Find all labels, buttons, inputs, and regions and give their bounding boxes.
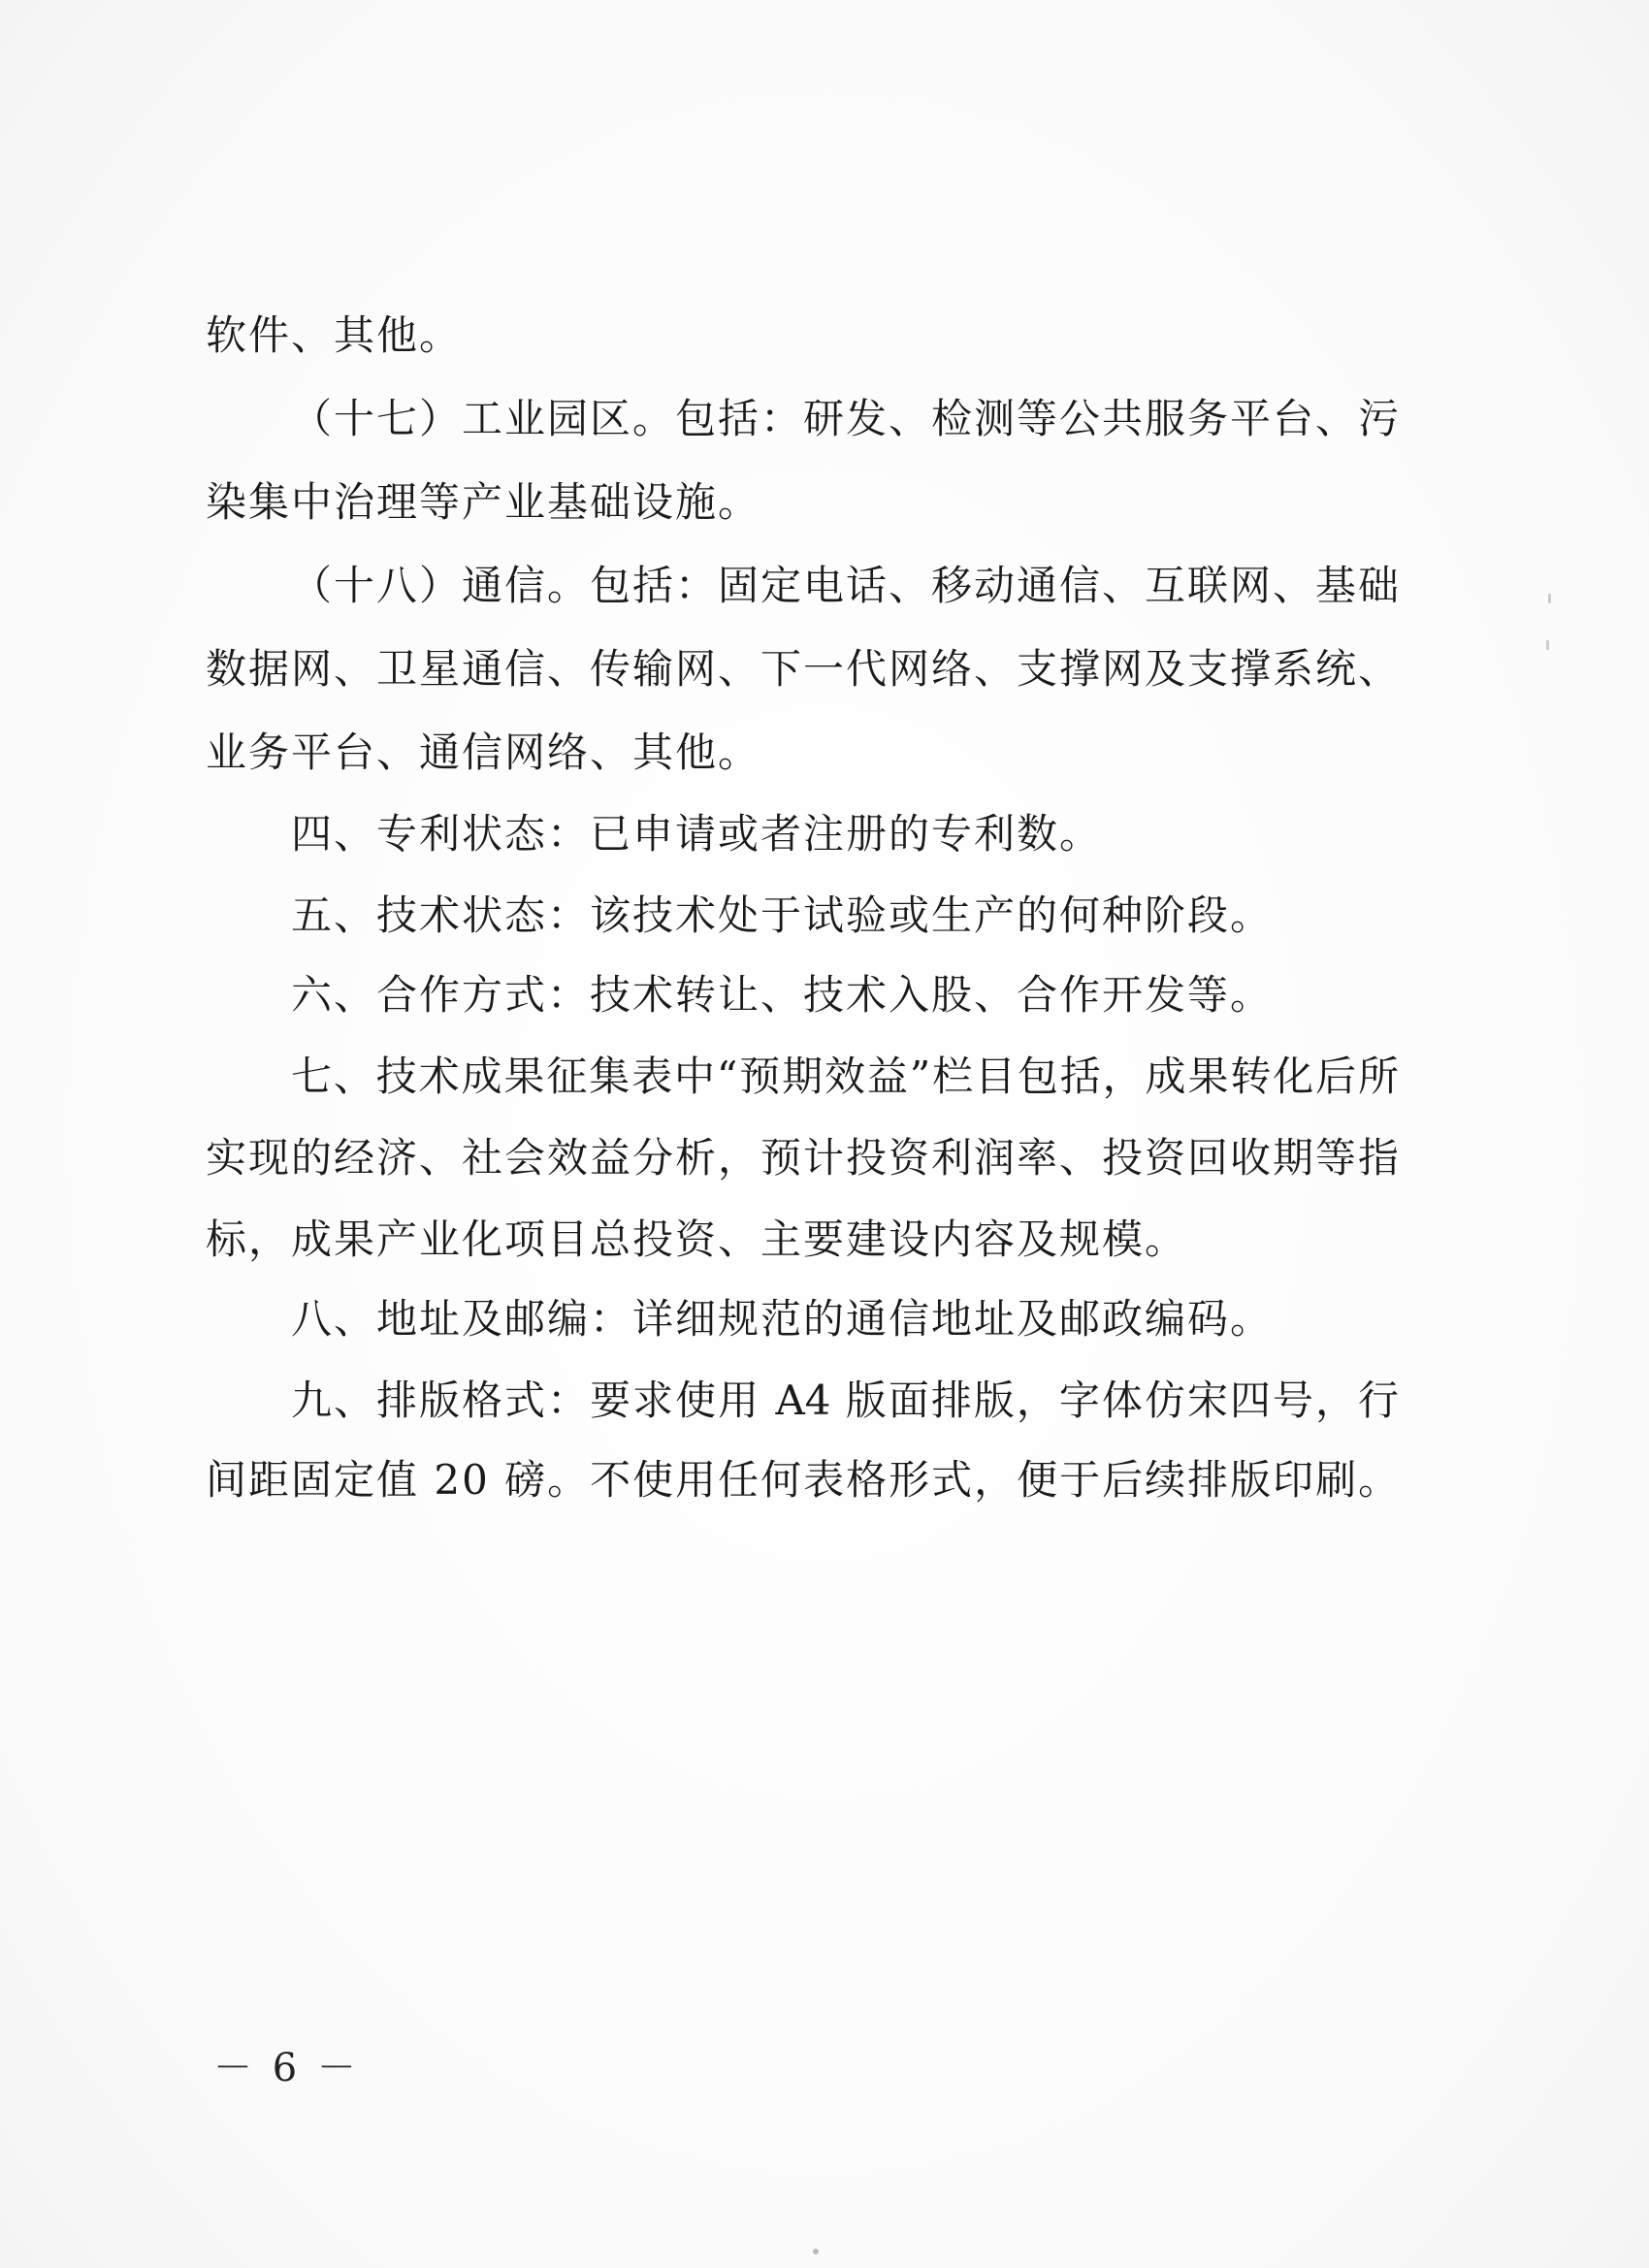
section-17-industrial-park: （十七）工业园区。包括：研发、检测等公共服务平台、污 <box>206 378 1399 460</box>
section-18-telecom: （十八）通信。包括：固定电话、移动通信、互联网、基础 <box>206 545 1399 627</box>
text-line: 染集中治理等产业基础设施。 <box>206 462 1399 543</box>
item-4-patent-status: 四、专利状态：已申请或者注册的专利数。 <box>206 794 1399 875</box>
text-line: 间距固定值 20 磅。不使用任何表格形式，便于后续排版印刷。 <box>206 1440 1399 1521</box>
scan-speck <box>813 2249 819 2254</box>
text-line: 实现的经济、社会效益分析，预计投资利润率、投资回收期等指 <box>206 1118 1399 1199</box>
text-line: 标，成果产业化项目总投资、主要建设内容及规模。 <box>206 1199 1399 1280</box>
text-line: 数据网、卫星通信、传输网、下一代网络、支撑网及支撑系统、 <box>206 629 1399 710</box>
text-line: 业务平台、通信网络、其他。 <box>206 712 1399 794</box>
item-6-cooperation-mode: 六、合作方式：技术转让、技术入股、合作开发等。 <box>206 955 1399 1036</box>
text-line: 软件、其他。 <box>206 295 1399 376</box>
item-5-tech-status: 五、技术状态：该技术处于试验或生产的何种阶段。 <box>206 875 1399 956</box>
item-7-expected-benefits: 七、技术成果征集表中“预期效益”栏目包括，成果转化后所 <box>206 1036 1399 1118</box>
page-number: － 6 － <box>213 2037 360 2092</box>
scan-speck <box>1546 640 1549 650</box>
item-8-address-postcode: 八、地址及邮编：详细规范的通信地址及邮政编码。 <box>206 1279 1399 1360</box>
item-9-layout-format: 九、排版格式：要求使用 A4 版面排版，字体仿宋四号，行 <box>206 1360 1399 1442</box>
scan-speck <box>1548 594 1551 603</box>
document-page: 软件、其他。 （十七）工业园区。包括：研发、检测等公共服务平台、污 染集中治理等… <box>0 0 1649 2268</box>
